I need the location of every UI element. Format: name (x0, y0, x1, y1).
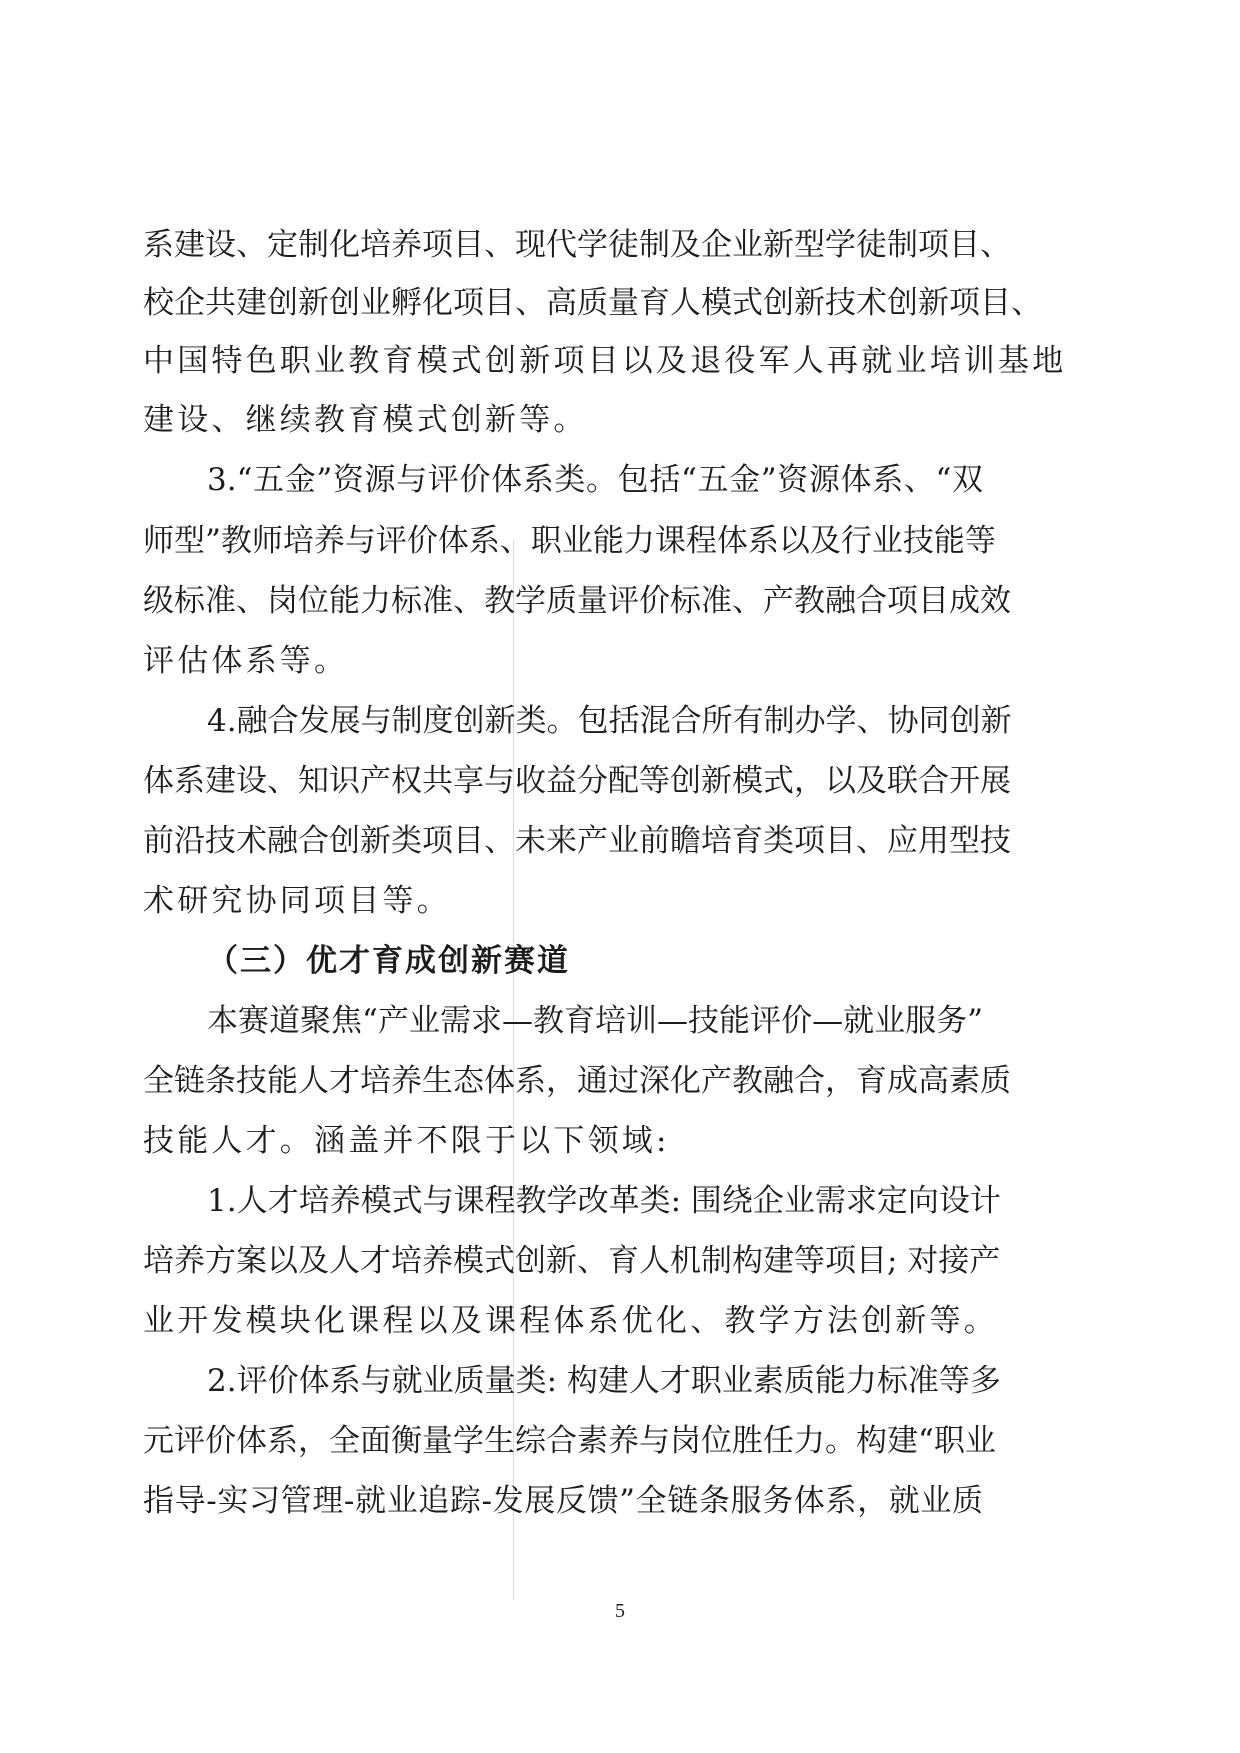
text-line: 建设、继续教育模式创新等。 (143, 400, 588, 440)
text-line: 4.融合发展与制度创新类。包括混合所有制办学、协同创新 (207, 701, 983, 741)
text-line: 前沿技术融合创新类项目、未来产业前瞻培育类项目、应用型技 (143, 821, 983, 861)
text-line: 3.“五金”资源与评价体系类。包括“五金”资源体系、“双 (207, 460, 983, 500)
text-line: 级标准、岗位能力标准、教学质量评价标准、产教融合项目成效 (143, 581, 983, 621)
section-heading: （三）优才育成创新赛道 (207, 941, 570, 981)
text-line: 中国特色职业教育模式创新项目以及退役军人再就业培训基地 (143, 341, 1066, 381)
text-line: 术研究协同项目等。 (143, 881, 451, 921)
text-line: 技能人才。涵盖并不限于以下领域: (143, 1121, 670, 1161)
text-line: 全链条技能人才培养生态体系，通过深化产教融合，育成高素质 (143, 1061, 983, 1101)
text-line: 1.人才培养模式与课程教学改革类: 围绕企业需求定向设计 (207, 1181, 983, 1221)
page-number: 5 (0, 1600, 1240, 1623)
text-line: 评估体系等。 (143, 641, 348, 681)
text-line: 系建设、定制化培养项目、现代学徒制及企业新型学徒制项目、 (143, 225, 983, 265)
text-line: 培养方案以及人才培养模式创新、育人机制构建等项目; 对接产 (143, 1241, 983, 1281)
text-line: 指导-实习管理-就业追踪-发展反馈”全链条服务体系，就业质 (143, 1481, 983, 1521)
text-line: 本赛道聚焦“产业需求—教育培训—技能评价—就业服务” (207, 1001, 983, 1041)
text-line: 2.评价体系与就业质量类: 构建人才职业素质能力标准等多 (207, 1361, 983, 1401)
document-page: 系建设、定制化培养项目、现代学徒制及企业新型学徒制项目、校企共建创新创业孵化项目… (0, 0, 1240, 1753)
text-line: 元评价体系，全面衡量学生综合素养与岗位胜任力。构建“职业 (143, 1421, 983, 1461)
text-line: 校企共建创新创业孵化项目、高质量育人模式创新技术创新项目、 (143, 283, 983, 323)
text-line: 业开发模块化课程以及课程体系优化、教学方法创新等。 (143, 1301, 998, 1341)
text-line: 师型”教师培养与评价体系、职业能力课程体系以及行业技能等 (143, 521, 983, 561)
text-line: 体系建设、知识产权共享与收益分配等创新模式，以及联合开展 (143, 761, 983, 801)
